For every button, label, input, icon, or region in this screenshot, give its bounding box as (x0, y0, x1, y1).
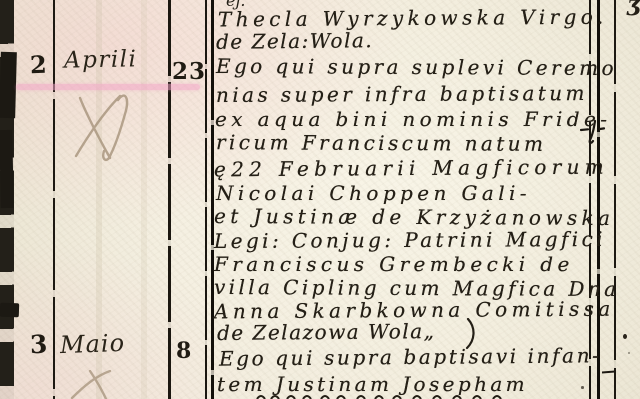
clipped-text-fragment (255, 394, 515, 399)
pencil-cross-mark (68, 90, 140, 168)
record-text-line: tem Justinam Josepham (217, 372, 528, 396)
entry-day: 8 (176, 338, 191, 364)
gutter-ink-blob (0, 303, 19, 318)
entry-month: Aprili (64, 46, 138, 73)
ink-speck (623, 334, 627, 339)
record-text-line: ex aqua bini nominis Fride- (215, 107, 611, 131)
record-text-line: nias super infra baptisatum (216, 81, 588, 107)
record-text-line: Franciscus Grembecki de (214, 252, 574, 276)
record-text-line: Thecla Wyrzykowska Virgo. (218, 5, 608, 32)
entry-month: Maio (60, 329, 126, 359)
record-text-line: Ego qui supra baptisavi infan- (219, 343, 602, 370)
record-text-line: de Zelazowa Wola„ (217, 319, 436, 345)
record-text-line: Ego qui supra suplevi Ceremo (216, 54, 617, 80)
paper-crease (141, 0, 147, 399)
column-rule-number (53, 0, 55, 399)
record-text-line: ricum Franciscum natum (216, 130, 546, 156)
entry-number: 3 (29, 330, 47, 360)
gutter-ink-blob (0, 52, 17, 118)
record-text-line: de Zela:Wola. (216, 28, 373, 54)
record-text-line: ę22 Februarii Magficorum (214, 155, 609, 182)
record-text-column: ej. Thecla Wyrzykowska Virgo. de Zela:Wo… (214, 0, 614, 399)
gutter-ink-blob (0, 130, 14, 208)
record-text-line: et Justinæ de Krzyżanowska (214, 204, 615, 230)
corner-ink-fragment: ʒ (627, 0, 640, 17)
register-page: 2 Aprili 23 3 Maio 8 ej. Thecla Wy (0, 0, 640, 399)
record-text-line: Legi: Conjug: Patrini Magfici (214, 227, 606, 253)
entry-day: 23 (172, 58, 206, 85)
ink-speck (628, 352, 630, 354)
column-rule-month (168, 0, 171, 399)
entry-number: 2 (29, 50, 47, 80)
record-text-line: Nicolai Choppen Gali- (216, 181, 531, 205)
pencil-cross-mark-clipped (66, 370, 130, 399)
